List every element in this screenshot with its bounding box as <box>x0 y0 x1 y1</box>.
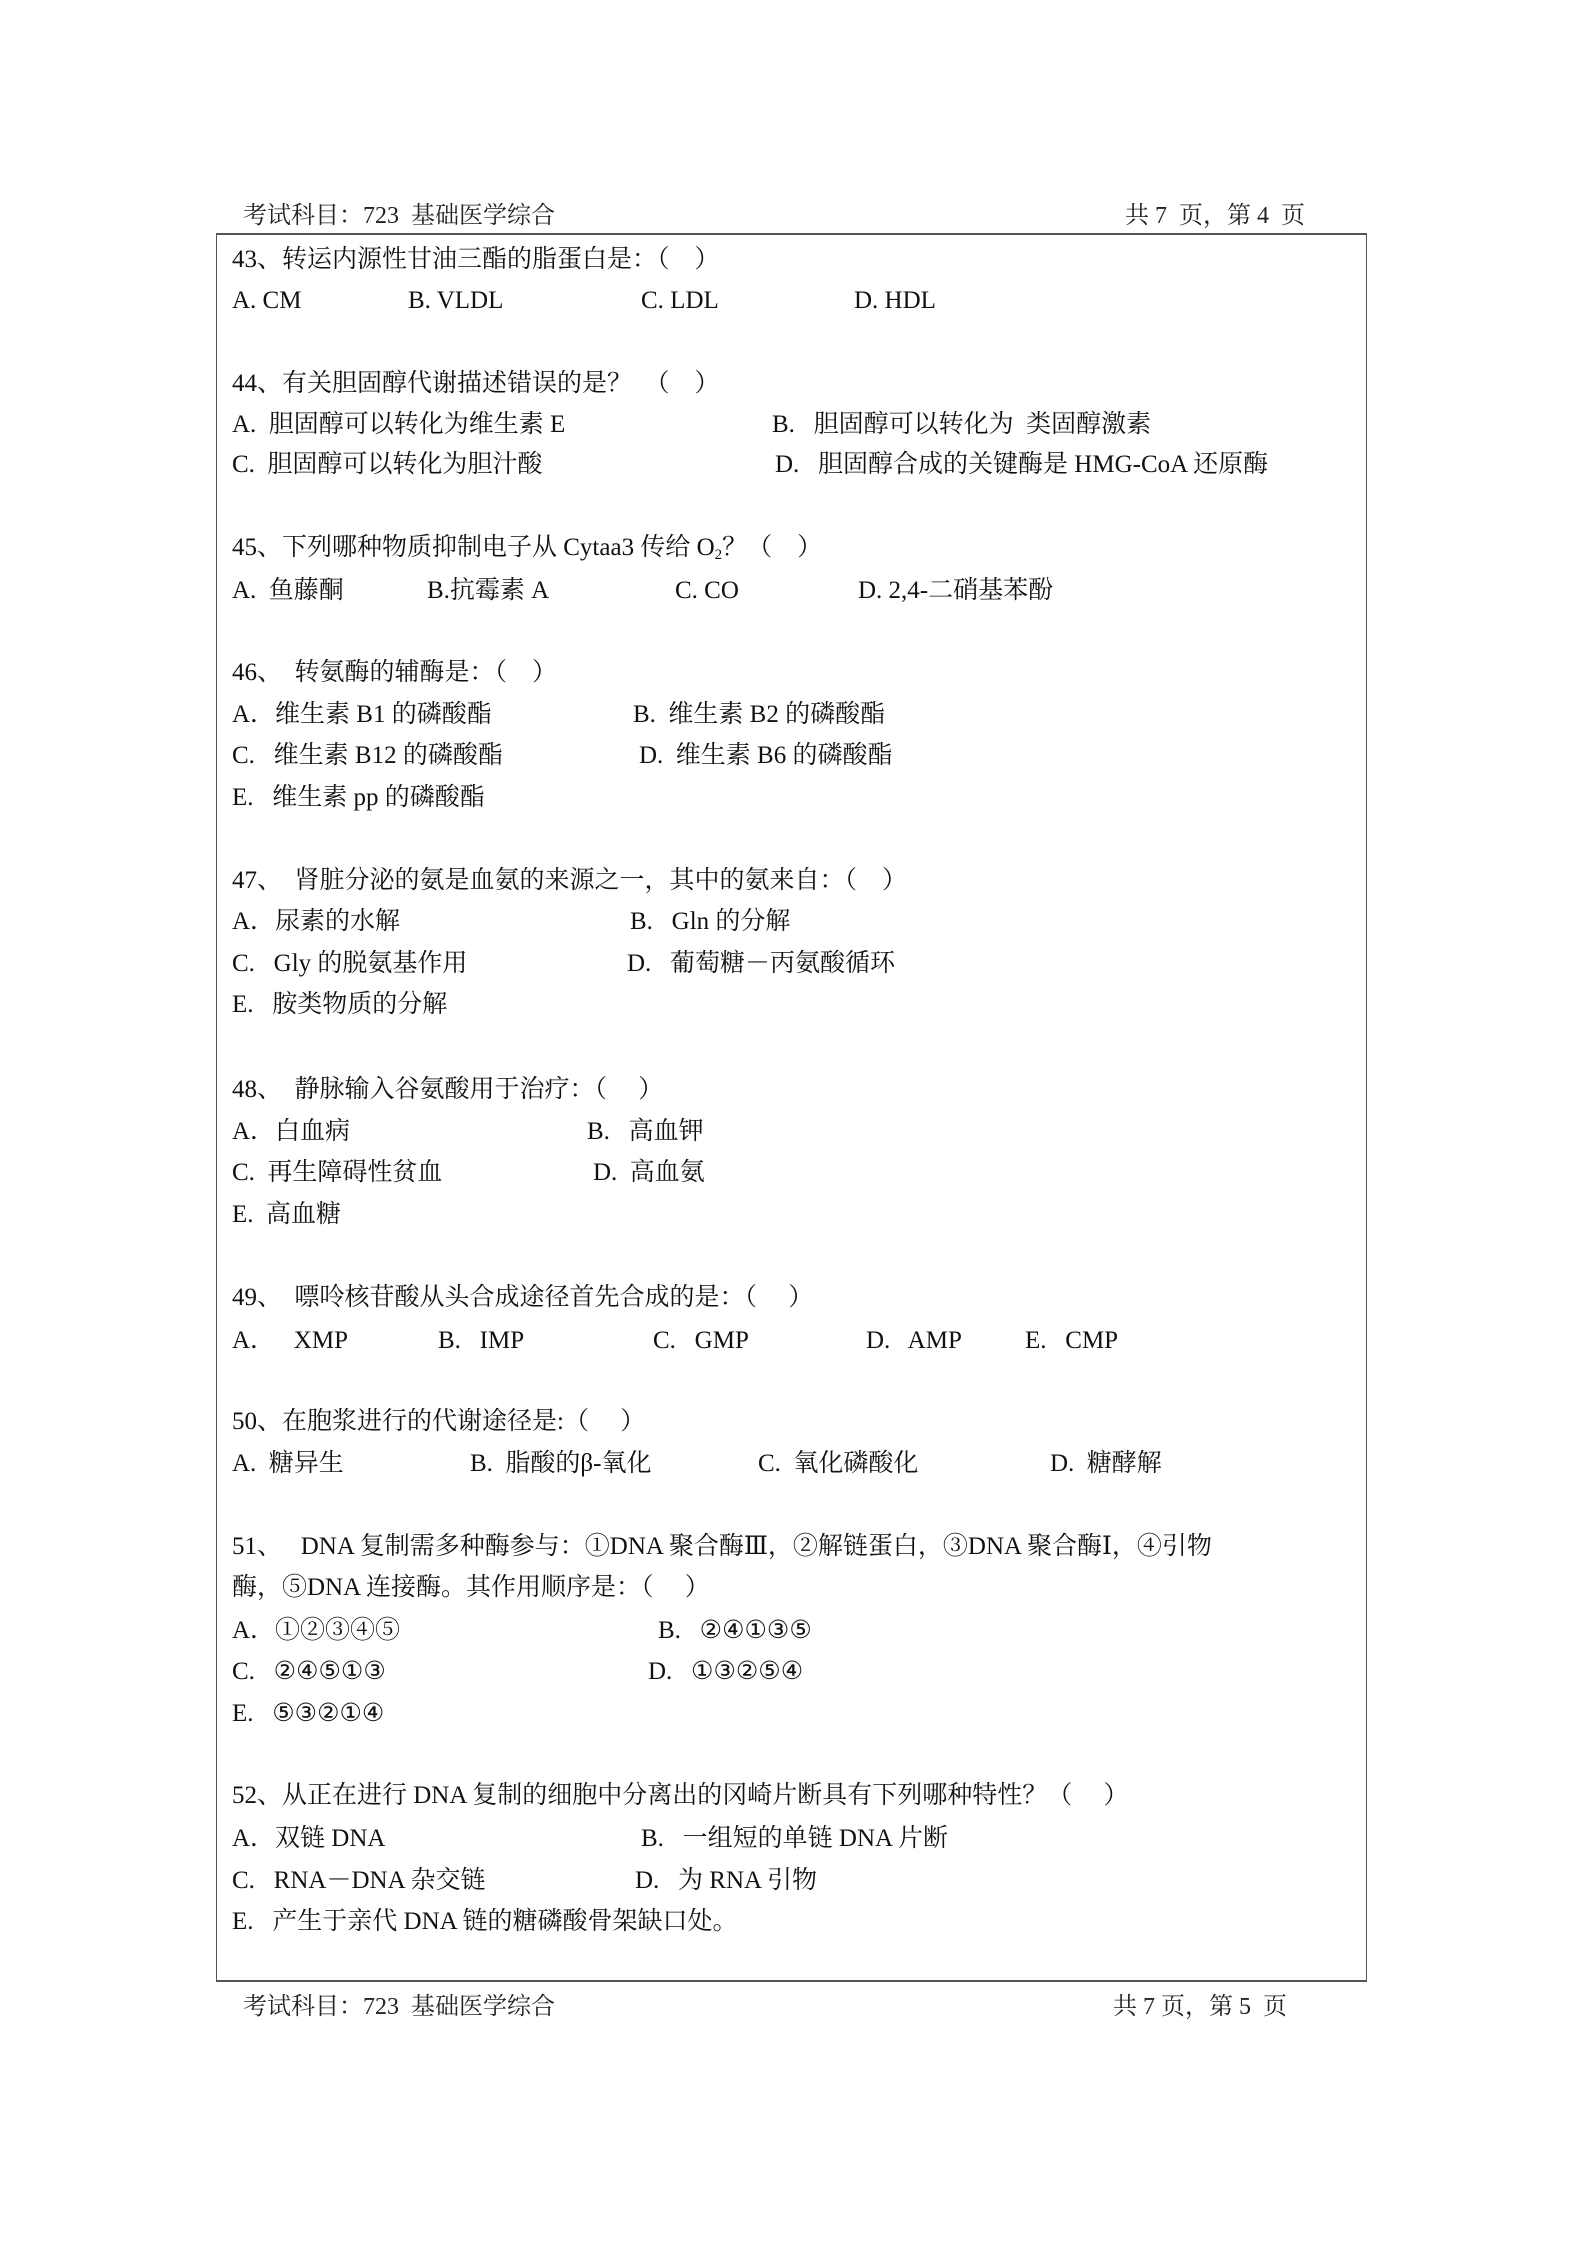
option-a: A. 糖异生 <box>232 1449 344 1479</box>
question-47-stem: 47、 肾脏分泌的氨是血氨的来源之一，其中的氨来自：（ ） <box>232 866 907 896</box>
question-46-stem: 46、 转氨酶的辅酶是：（ ） <box>232 658 557 688</box>
option-d: D. HDL <box>854 286 936 316</box>
option-c: C. LDL <box>641 286 719 316</box>
option-a: A．尿素的水解 <box>232 907 400 937</box>
question-48-stem: 48、 静脉输入谷氨酸用于治疗：（ ） <box>232 1075 663 1105</box>
footer-page-info: 共 7 页，第 5 页 <box>1113 1992 1287 2022</box>
option-b: B. 一组短的单链 DNA 片断 <box>641 1824 948 1854</box>
question-52-stem: 52、从正在进行 DNA 复制的细胞中分离出的冈崎片断具有下列哪种特性？（ ） <box>232 1781 1129 1811</box>
option-d: D. AMP <box>866 1326 962 1356</box>
subscript-2: 2 <box>715 547 723 563</box>
option-b: B.抗霉素 A <box>427 576 549 606</box>
option-e: E. 维生素 pp 的磷酸酯 <box>232 783 485 813</box>
option-c: C. 再生障碍性贫血 <box>232 1158 442 1188</box>
option-b: B. Gln 的分解 <box>630 907 790 937</box>
option-b: B. 胆固醇可以转化为 类固醇激素 <box>772 410 1151 440</box>
option-b: B. 维生素 B2 的磷酸酯 <box>633 700 885 730</box>
option-d: D. 为 RNA 引物 <box>635 1866 817 1896</box>
question-44-stem: 44、有关胆固醇代谢描述错误的是？ （ ） <box>232 369 720 399</box>
option-a: A. CM <box>232 286 301 316</box>
option-d: D. 2,4-二硝基苯酚 <box>858 576 1053 606</box>
option-b: B. IMP <box>438 1326 524 1356</box>
option-c: C. CO <box>675 576 739 606</box>
option-c: C. GMP <box>653 1326 749 1356</box>
option-c: C. ②④⑤①③ <box>232 1657 386 1687</box>
question-51-stem-line2: 酶，⑤DNA 连接酶。其作用顺序是：（ ） <box>232 1573 710 1603</box>
option-a: A．维生素 B1 的磷酸酯 <box>232 700 492 730</box>
option-e: E. 产生于亲代 DNA 链的糖磷酸骨架缺口处。 <box>232 1907 738 1937</box>
option-e: E. ⑤③②①④ <box>232 1699 384 1729</box>
question-43-stem: 43、转运内源性甘油三酯的脂蛋白是：（ ） <box>232 245 720 275</box>
footer-exam-subject: 考试科目：723 基础医学综合 <box>243 1992 555 2022</box>
question-45-stem-text: 45、下列哪种物质抑制电子从 Cytaa3 传给 O <box>232 534 715 561</box>
option-d: D. 糖酵解 <box>1050 1449 1162 1479</box>
option-b: B. 脂酸的β-氧化 <box>470 1449 651 1479</box>
option-b: B. VLDL <box>408 286 503 316</box>
header-exam-subject: 考试科目：723 基础医学综合 <box>243 201 555 231</box>
option-c: C. Gly 的脱氨基作用 <box>232 949 467 979</box>
option-c: C. RNA－DNA 杂交链 <box>232 1866 486 1896</box>
option-c: C. 维生素 B12 的磷酸酯 <box>232 741 503 771</box>
option-d: D. 高血氨 <box>593 1158 705 1188</box>
question-51-stem-line1: 51、 DNA 复制需多种酶参与：①DNA 聚合酶Ⅲ，②解链蛋白，③DNA 聚合… <box>232 1532 1212 1562</box>
question-45-stem: 45、下列哪种物质抑制电子从 Cytaa3 传给 O2？（ ） <box>232 533 822 563</box>
header-page-info: 共 7 页，第 4 页 <box>1125 201 1305 231</box>
option-c: C. 氧化磷酸化 <box>758 1449 918 1479</box>
option-a: A. 鱼藤酮 <box>232 576 344 606</box>
question-49-stem: 49、 嘌呤核苷酸从头合成途径首先合成的是：（ ） <box>232 1283 813 1313</box>
option-a: A. 胆固醇可以转化为维生素 E <box>232 410 565 440</box>
option-b: B. 高血钾 <box>587 1117 704 1147</box>
option-d: D. 葡萄糖－丙氨酸循环 <box>627 949 895 979</box>
option-d: D. ①③②⑤④ <box>648 1657 803 1687</box>
option-b: B. ②④①③⑤ <box>658 1616 812 1646</box>
option-a: A．白血病 <box>232 1117 350 1147</box>
question-45-stem-end: ？（ ） <box>722 534 822 561</box>
option-a: A．双链 DNA <box>232 1824 385 1854</box>
option-c: C. 胆固醇可以转化为胆汁酸 <box>232 450 542 480</box>
question-50-stem: 50、在胞浆进行的代谢途径是:（ ） <box>232 1407 645 1437</box>
option-d: D. 维生素 B6 的磷酸酯 <box>639 741 892 771</box>
option-a: A．①②③④⑤ <box>232 1616 400 1646</box>
option-a: A． XMP <box>232 1326 348 1356</box>
option-e: E. CMP <box>1025 1326 1118 1356</box>
option-e: E. 胺类物质的分解 <box>232 990 447 1020</box>
question-box <box>216 233 1367 1982</box>
option-e: E. 高血糖 <box>232 1200 341 1230</box>
option-d: D. 胆固醇合成的关键酶是 HMG-CoA 还原酶 <box>775 450 1268 480</box>
